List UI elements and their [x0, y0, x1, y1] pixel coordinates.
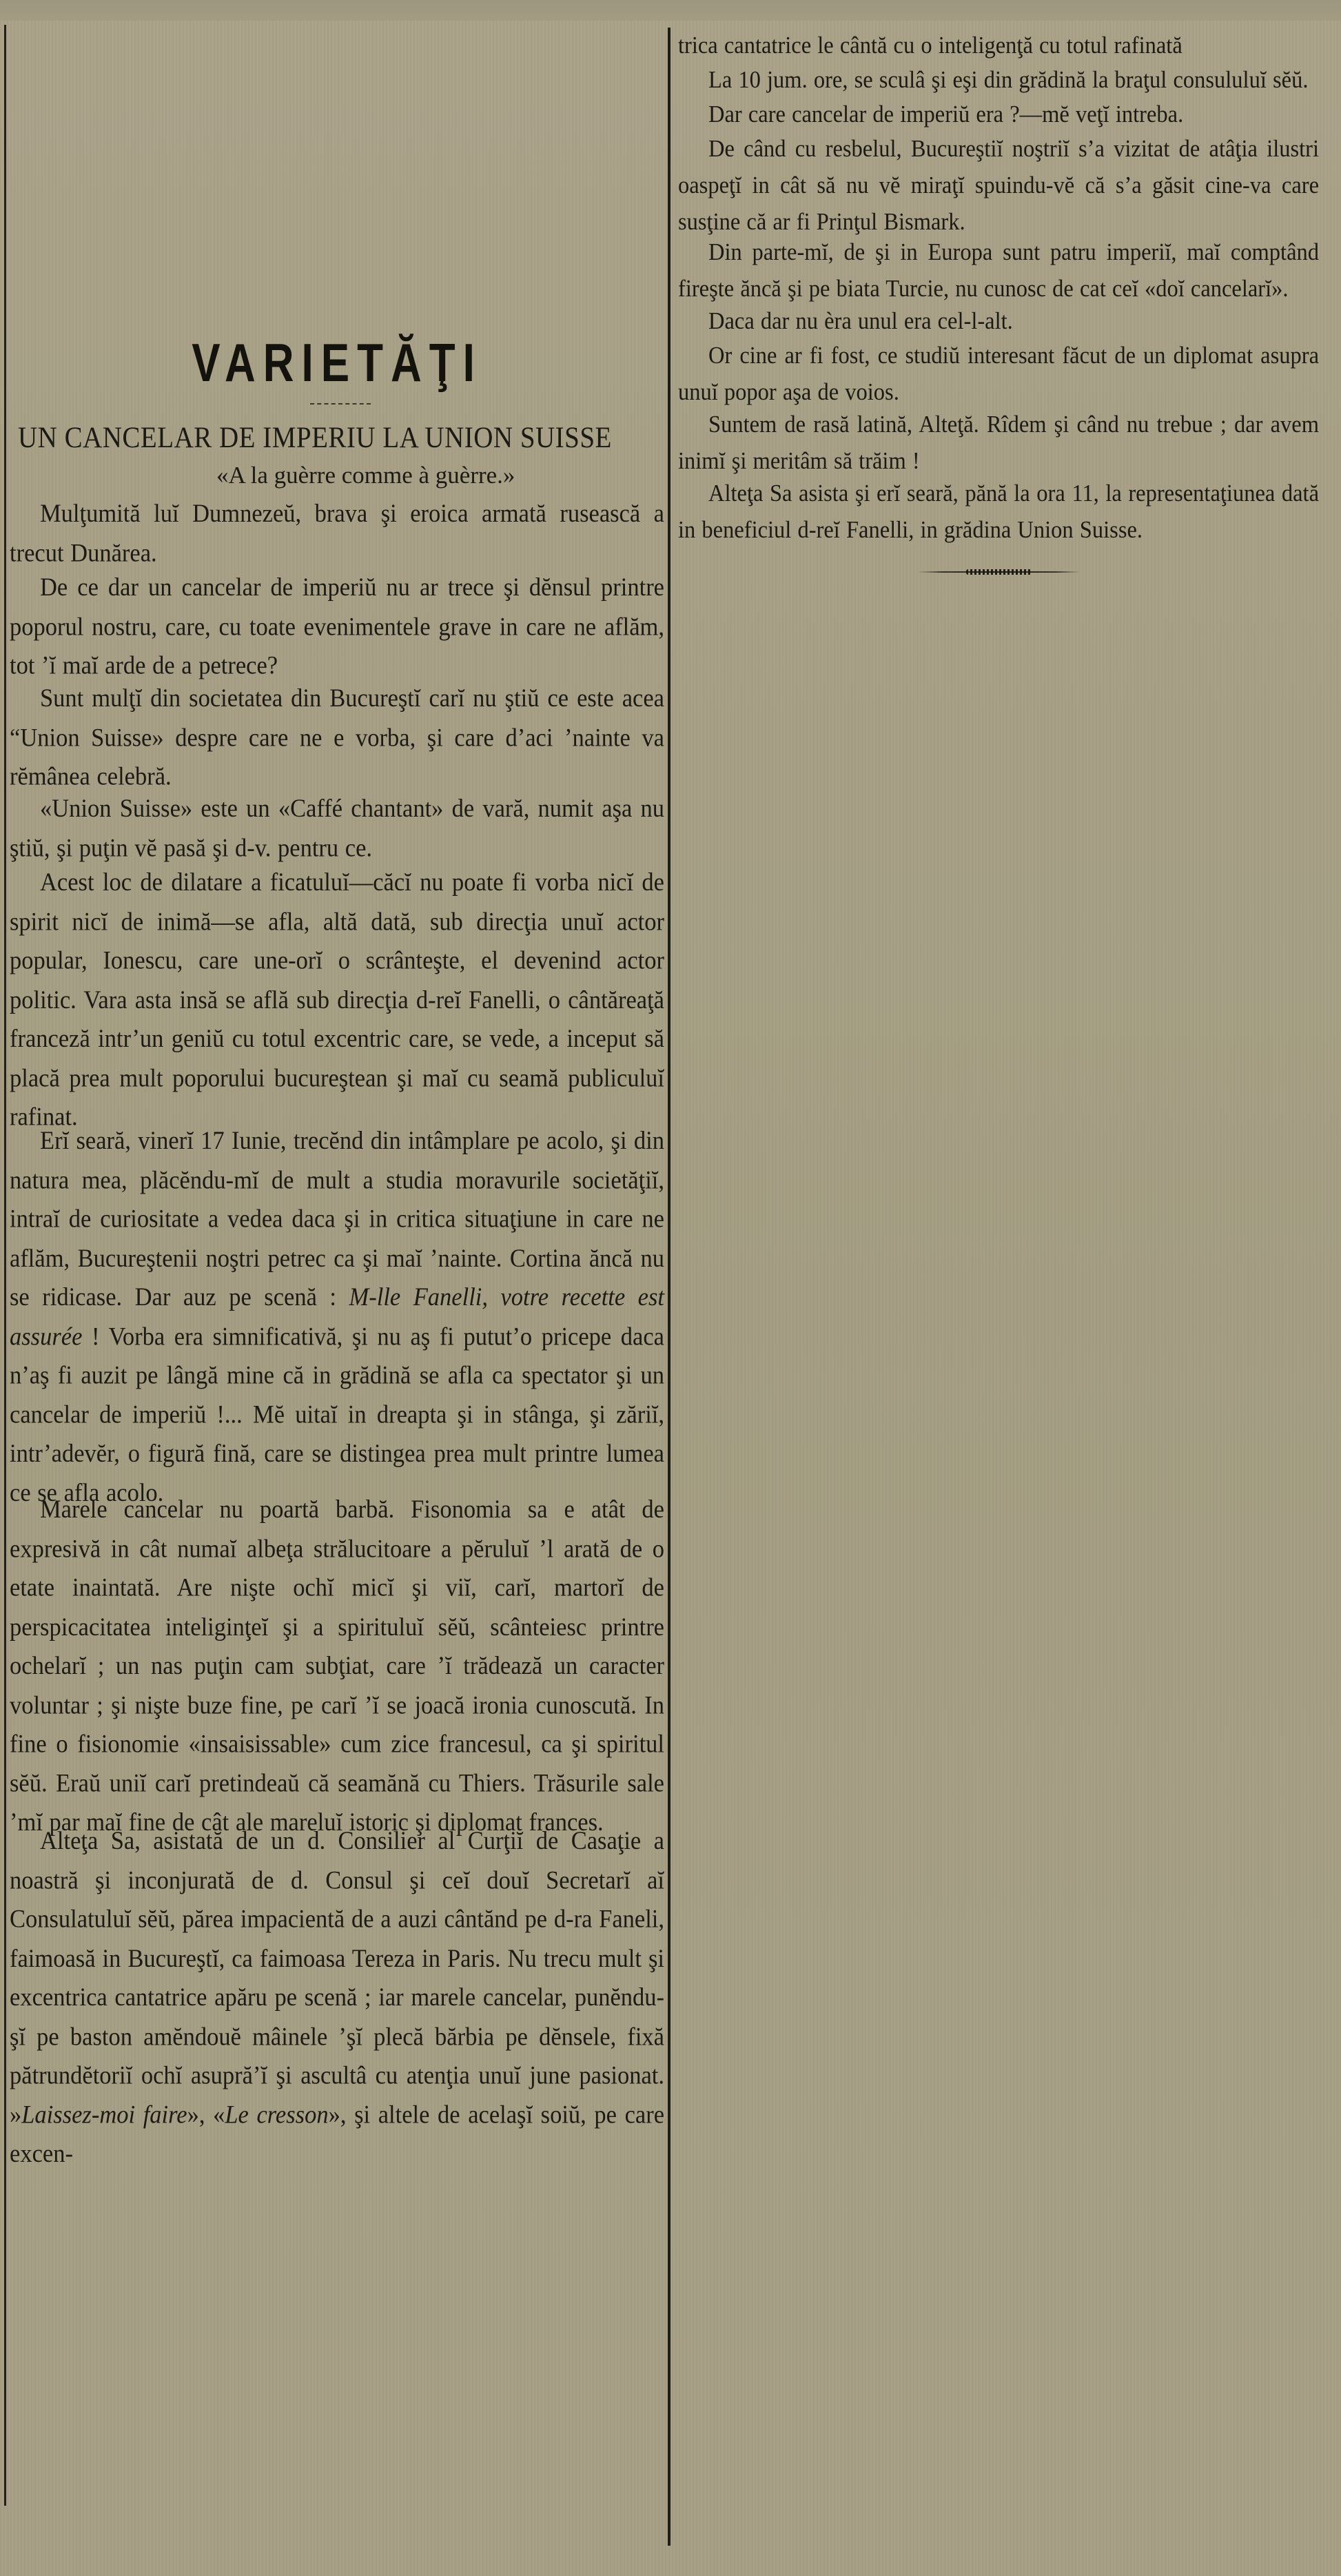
paragraph-continuation: trica cantatrice le cântă cu o inteligen… — [678, 28, 1319, 64]
paragraph-with-quote: Erĭ seară, vinerĭ 17 Iunie, trecĕnd din … — [10, 1122, 664, 1513]
paragraph: Marele cancelar nu poartă barbă. Fisonom… — [10, 1491, 664, 1842]
right-column-body: trica cantatrice le cântă cu o inteligen… — [678, 28, 1319, 575]
paragraph: Alteţa Sa asista şi erĭ seară, pănă la o… — [678, 476, 1319, 549]
article-end-ornament — [918, 569, 1080, 575]
song-title: Le cresson — [225, 2100, 328, 2128]
article-title: UN CANCELAR DE IMPERIU LA UNION SUISSE — [18, 420, 659, 455]
paragraph-text: Alteţa Sa, asistată de un d. Consilier a… — [10, 1827, 664, 2089]
epigraph: «A la guèrre comme à guèrre.» — [216, 462, 515, 489]
paragraph: Suntem de rasă latină, Alteţă. Rîdem şi … — [678, 407, 1319, 480]
paragraph: Daca dar nu èra unul era cel-l-alt. — [678, 303, 1319, 340]
paragraph-text: ! Vorba era simnificativă, şi nu aş fi p… — [10, 1322, 664, 1506]
section-title: VARIETĂŢI — [10, 333, 664, 394]
paragraph: «Union Suisse» este un «Caffé chantant» … — [10, 790, 664, 868]
title-separator-dash — [310, 403, 371, 406]
article-header: VARIETĂŢI UN CANCELAR DE IMPERIU LA UNIO… — [10, 0, 664, 455]
paragraph: La 10 jum. ore, se sculâ şi eşi din grăd… — [678, 62, 1319, 99]
paragraph: De ce dar un cancelar de imperiŭ nu ar t… — [10, 569, 664, 686]
paragraph: De când cu resbelul, Bucureştiĭ noştriĭ … — [678, 131, 1319, 241]
paragraph: Mulţumită luĭ Dumnezeŭ, brava şi eroica … — [10, 495, 664, 573]
paragraph: Din parte-mĭ, de şi in Europa sunt patru… — [678, 234, 1319, 307]
quote-mark: » — [10, 2100, 21, 2128]
paragraph: Dar care cancelar de imperiŭ era ?—mĕ ve… — [678, 96, 1319, 133]
left-margin-rule — [4, 25, 6, 2506]
ornament-knot — [966, 569, 1032, 575]
paragraph: Sunt mulţĭ din societatea din Bucureştĭ … — [10, 679, 664, 797]
paragraph-with-song-titles: Alteţa Sa, asistată de un d. Consilier a… — [10, 1822, 664, 2174]
song-title: Laissez-moi faire — [21, 2100, 187, 2128]
column-divider-rule — [668, 28, 670, 2546]
left-column-body: Mulţumită luĭ Dumnezeŭ, brava şi eroica … — [10, 495, 664, 2154]
paragraph: Or cine ar fi fost, ce studiŭ interesant… — [678, 338, 1319, 411]
quote-mark: », « — [187, 2100, 225, 2128]
paragraph: Acest loc de dilatare a ficatuluĭ—căcĭ n… — [10, 863, 664, 1137]
newspaper-page: VARIETĂŢI UN CANCELAR DE IMPERIU LA UNIO… — [0, 0, 1341, 2576]
